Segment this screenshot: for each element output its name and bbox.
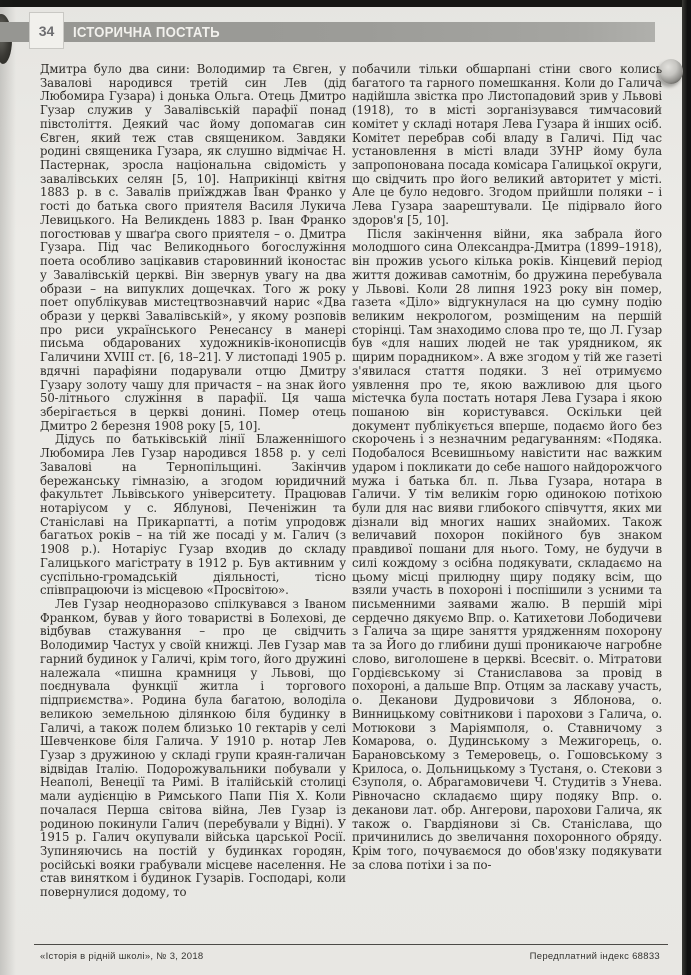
scan-edge-top [0, 0, 691, 7]
paragraph: Дідусь по батьківській лінії Блаженнішог… [40, 433, 346, 598]
journal-issue-label: «Історія в рідній школі», № 3, 2018 [40, 951, 204, 962]
paragraph: побачили тільки обшарпані стіни свого ко… [352, 63, 662, 228]
page-number-box: 34 [30, 13, 63, 48]
footer-divider [34, 944, 668, 945]
article-column-left: Дмитра було два сини: Володимир та Євген… [40, 63, 346, 941]
article-body: Дмитра було два сини: Володимир та Євген… [40, 63, 662, 941]
scan-edge-left-shadow [0, 0, 16, 975]
article-column-right: побачили тільки обшарпані стіни свого ко… [352, 63, 662, 941]
hole-punch-artifact [659, 59, 683, 84]
paragraph: Лев Гузар неодноразово спілкувався з Іва… [40, 598, 346, 900]
scanned-journal-page: 34 ІСТОРИЧНА ПОСТАТЬ Дмитра було два син… [0, 0, 691, 975]
subscription-index-label: Передплатний індекс 68833 [530, 951, 660, 962]
paragraph: Після закінчення війни, яка забрала його… [352, 228, 662, 873]
page-number: 34 [39, 23, 55, 39]
scan-edge-right [682, 0, 691, 975]
paragraph: Дмитра було два сини: Володимир та Євген… [40, 63, 346, 433]
section-title: ІСТОРИЧНА ПОСТАТЬ [73, 24, 220, 41]
